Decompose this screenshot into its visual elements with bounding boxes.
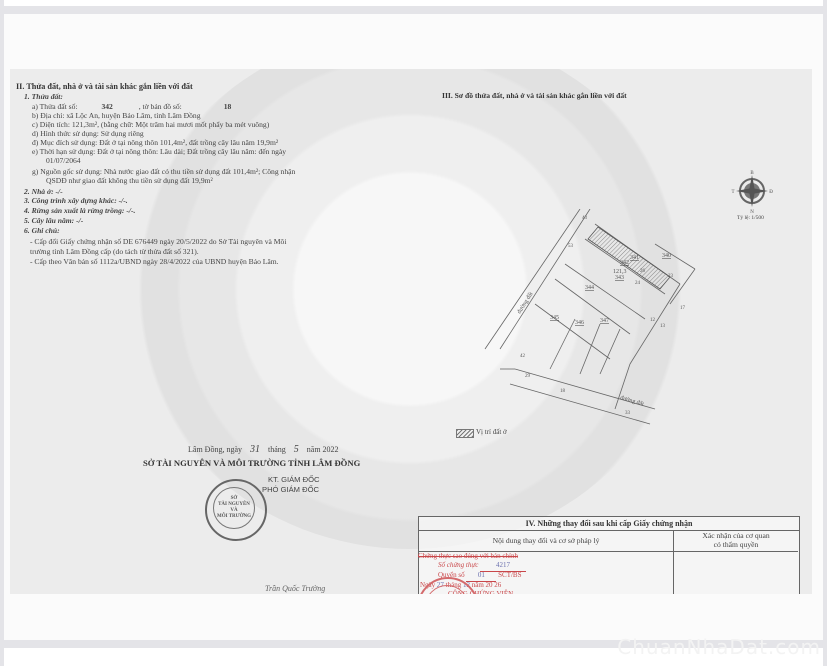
svg-text:26: 26 <box>640 269 646 274</box>
column-header-authority: Xác nhận của cơ quan có thẩm quyền <box>674 531 798 552</box>
notes-heading: 6. Ghi chú: <box>24 226 60 236</box>
cert-number-row: Số chứng thực 4217 <box>438 561 526 572</box>
map-sheet-number: 18 <box>224 102 232 111</box>
subsection-land: 1. Thửa đất: <box>24 92 63 102</box>
svg-text:343: 343 <box>615 275 624 281</box>
legend-label: Vị trí đất ở <box>476 428 507 438</box>
other-construction-item: 3. Công trình xây dựng khác: -/-. <box>24 196 128 206</box>
svg-text:42: 42 <box>520 354 526 359</box>
note-1: - Cấp đổi Giấy chứng nhận số DE 676449 n… <box>30 237 286 247</box>
usage-origin-cont: QSDĐ như giao đất không thu tiền sử dụng… <box>46 176 213 186</box>
certificate-scan: II. Thửa đất, nhà ở và tài sản khác gắn … <box>10 69 812 594</box>
svg-text:29: 29 <box>525 374 531 379</box>
svg-text:342: 342 <box>620 260 629 266</box>
svg-text:13: 13 <box>660 324 666 329</box>
cert-year: năm 20 26 <box>472 581 502 589</box>
date-month: 5 <box>294 444 299 455</box>
cert-number: 4217 <box>480 561 526 572</box>
svg-text:346: 346 <box>575 320 584 326</box>
svg-text:đường đất: đường đất <box>619 394 645 408</box>
site-watermark: ChuanNhaDat.com <box>617 635 821 659</box>
svg-text:43: 43 <box>582 216 588 221</box>
date-year: năm 2022 <box>307 445 339 454</box>
forest-item: 4. Rừng sản xuất là rừng trồng: -/-. <box>24 206 135 216</box>
book-suffix: SCT/BS <box>498 571 521 579</box>
date-day: 31 <box>250 444 260 455</box>
authority-header-line2: có thẩm quyền <box>674 540 798 549</box>
column-header-content: Nội dung thay đổi và cơ sở pháp lý <box>419 531 673 552</box>
note-2: - Cấp theo Văn bản số 1112a/UBND ngày 28… <box>30 257 279 267</box>
document-page: II. Thửa đất, nhà ở và tài sản khác gắn … <box>4 14 823 640</box>
svg-text:347: 347 <box>600 318 609 324</box>
map-sheet-label: , tờ bản đồ số: <box>139 102 182 111</box>
parcel-map: 340341342343344345346347121,3đường đấtđư… <box>480 209 720 429</box>
compass-north: B <box>750 171 754 176</box>
svg-text:12: 12 <box>650 318 656 323</box>
official-seal: SỞTÀI NGUYÊNVÀMÔI TRƯỜNG <box>205 479 267 541</box>
signer-name: Trần Quốc Trường <box>265 584 325 594</box>
svg-text:23: 23 <box>668 274 674 279</box>
date-prefix: Lâm Đồng, ngày <box>188 445 242 454</box>
role-director: KT. GIÁM ĐỐC <box>268 475 319 485</box>
note-1-cont: trường tỉnh Lâm Đồng cấp (do tách từ thử… <box>30 247 199 257</box>
compass-south: N <box>750 210 754 213</box>
svg-text:121,3: 121,3 <box>613 269 627 275</box>
authority-header-line1: Xác nhận của cơ quan <box>674 531 798 540</box>
svg-text:24: 24 <box>635 281 641 286</box>
svg-text:33: 33 <box>625 411 631 416</box>
svg-text:đường đất: đường đất <box>516 290 535 315</box>
issuing-agency: SỞ TÀI NGUYÊN VÀ MÔI TRƯỜNG TỈNH LÂM ĐỒN… <box>143 458 360 468</box>
perennial-tree-item: 5. Cây lâu năm: -/- <box>24 216 83 226</box>
cert-number-label: Số chứng thực <box>438 561 478 569</box>
svg-text:17: 17 <box>680 306 686 311</box>
changes-table-title: IV. Những thay đổi sau khi cấp Giấy chứn… <box>419 517 799 531</box>
compass-rose-icon: B N T Đ <box>730 169 774 213</box>
compass-west: T <box>731 190 734 195</box>
role-deputy-director: PHÓ GIÁM ĐỐC <box>262 485 319 495</box>
previous-page-edge <box>4 0 823 6</box>
month-label: tháng <box>268 445 286 454</box>
authority-column: Xác nhận của cơ quan có thẩm quyền <box>674 531 798 594</box>
svg-text:341: 341 <box>630 255 639 261</box>
map-scale: Tỷ lệ: 1/500 <box>737 214 764 224</box>
parcel-label: a) Thửa đất số: <box>32 102 78 111</box>
book-number: 01 <box>466 571 496 582</box>
sign-date: Lâm Đồng, ngày 31 tháng 5 năm 2022 <box>188 445 339 455</box>
legend-swatch <box>456 429 474 438</box>
usage-term-date: 01/07/2064 <box>46 156 81 166</box>
svg-text:53: 53 <box>568 244 574 249</box>
parcel-number: 342 <box>101 102 112 111</box>
section3-title: III. Sơ đồ thửa đất, nhà ở và tài sản kh… <box>442 91 627 100</box>
section2-title: II. Thửa đất, nhà ở và tài sản khác gắn … <box>16 82 193 91</box>
svg-text:344: 344 <box>585 285 594 291</box>
svg-text:340: 340 <box>662 253 671 259</box>
svg-text:345: 345 <box>550 315 559 321</box>
svg-text:18: 18 <box>560 389 566 394</box>
compass-east: Đ <box>769 190 773 195</box>
